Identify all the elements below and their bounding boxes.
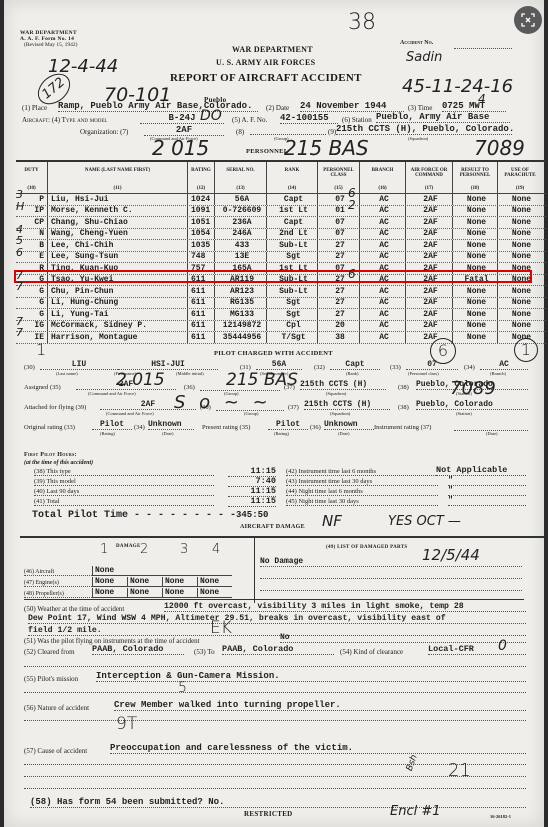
damaged-parts-title: (49) LIST OF DAMAGED PARTS bbox=[326, 545, 407, 550]
squadron-label: (9) bbox=[328, 128, 336, 136]
hand-accident-no: Sadin bbox=[406, 50, 442, 65]
damaged-parts-value: No Damage bbox=[260, 557, 522, 567]
hand-yes-oct: YES OCT — bbox=[388, 514, 461, 529]
damage-cell: None bbox=[162, 588, 197, 598]
title-war-department: WAR DEPARTMENT bbox=[232, 45, 313, 54]
rank-cell: Cpl bbox=[267, 321, 318, 332]
orig-date-num: (34) bbox=[134, 424, 145, 431]
damage-table: (46) AircraftNone(47) Engine(s)NoneNoneN… bbox=[24, 565, 232, 598]
present-date-sub: (Date) bbox=[338, 431, 350, 436]
damage-cell: None bbox=[162, 577, 197, 587]
air-force-cell: 2AF bbox=[406, 229, 453, 240]
serial-cell: 246A bbox=[215, 229, 267, 240]
attached-sub: (Command and Air Force) bbox=[106, 411, 154, 416]
weather-line-1: 12000 ft overcast, visibility 3 miles in… bbox=[164, 602, 526, 612]
hand-assigned-015: 2 015 bbox=[116, 370, 165, 390]
organization-value: 2AF bbox=[144, 125, 224, 136]
assigned-station-num: (38) bbox=[398, 384, 409, 391]
assigned-squadron-sub: (Squadron) bbox=[326, 391, 346, 396]
damage-cell: None bbox=[127, 588, 162, 598]
class-cell: 20 bbox=[318, 321, 360, 332]
table-row: CPChang, Shu-Chiao1051236ACapt07AC2AFNon… bbox=[16, 217, 546, 229]
serial-cell: 13E bbox=[215, 252, 267, 263]
damage-row: (47) Engine(s)NoneNoneNoneNone bbox=[24, 576, 232, 587]
damage-row: (46) AircraftNone bbox=[24, 565, 232, 576]
result-cell: None bbox=[453, 332, 498, 343]
hand-margin-mark: 7 bbox=[16, 326, 23, 339]
damage-cell: None bbox=[92, 588, 127, 598]
rating-cell: 611 bbox=[188, 309, 215, 320]
col-name: Name (Last name first)(11) bbox=[48, 162, 188, 193]
damage-row: (48) Propeller(s)NoneNoneNoneNone bbox=[24, 587, 232, 598]
hand-clearance-0: 0 bbox=[498, 638, 507, 654]
aircraft-damage-title: AIRCRAFT DAMAGE bbox=[240, 524, 305, 530]
class-cell: 07 bbox=[318, 229, 360, 240]
damage-row-label: (47) Engine(s) bbox=[24, 580, 92, 587]
rating-cell: 748 bbox=[188, 252, 215, 263]
station-value: Pueblo, Army Air Base bbox=[376, 112, 510, 123]
table-row: IEHarrison, Montague61135444956T/Sgt38AC… bbox=[16, 332, 546, 344]
hand-page-number: 38 bbox=[348, 10, 376, 35]
time-label: (3) Time bbox=[408, 104, 432, 112]
nature-value: Crew Member walked into turning propelle… bbox=[114, 700, 526, 711]
damage-cell bbox=[197, 575, 232, 576]
hours-label: (41) Total bbox=[34, 498, 214, 506]
hours-right-label: (42) Instrument time last 6 months bbox=[286, 468, 438, 476]
rank-cell: T/Sgt bbox=[267, 332, 318, 343]
accident-no-label: Accident No. bbox=[400, 40, 433, 46]
pilot-branch-num: (34) bbox=[464, 364, 475, 371]
af-no-label: (5) A. F. No. bbox=[232, 116, 267, 124]
title-army-air-forces: U. S. ARMY AIR FORCES bbox=[216, 58, 315, 67]
serial-cell: AR123 bbox=[215, 286, 267, 297]
weather-label: (50) Weather at the time of accident bbox=[24, 605, 124, 613]
name-cell: Li, Yung-Tai bbox=[48, 309, 188, 320]
damage-cell bbox=[127, 575, 162, 576]
air-force-cell: 2AF bbox=[406, 194, 453, 205]
hours-subtitle: (at the time of this accident) bbox=[24, 460, 93, 466]
branch-cell: AC bbox=[360, 206, 406, 217]
parachute-cell: None bbox=[498, 252, 542, 263]
hand-nature-9t: 9T bbox=[116, 714, 137, 734]
hand-aircraft-do: DO bbox=[200, 108, 222, 124]
table-row: ELee, Sung-Tsun74813ESgt27AC2AFNoneNone bbox=[16, 252, 546, 264]
serial-cell: RG135 bbox=[215, 298, 267, 309]
group-label: (8) bbox=[236, 128, 244, 136]
branch-cell: AC bbox=[360, 229, 406, 240]
cleared-to-value: PAAB, Colorado bbox=[222, 644, 334, 655]
footer-code: 16-26182-1 bbox=[490, 814, 511, 819]
rating-cell: 1024 bbox=[188, 194, 215, 205]
rating-cell: 611 bbox=[188, 286, 215, 297]
hand-time-4: 4 bbox=[478, 92, 486, 106]
col-branch: Branch(16) bbox=[360, 162, 406, 193]
aircraft-label: Aircraft: (4) Type and model bbox=[22, 116, 107, 124]
hand-date-2: 12/5/44 bbox=[422, 546, 480, 564]
branch-cell: AC bbox=[360, 309, 406, 320]
parachute-cell: None bbox=[498, 321, 542, 332]
damage-cell: None bbox=[92, 577, 127, 587]
orig-rating-label: Original rating (33) bbox=[24, 424, 75, 431]
result-cell: None bbox=[453, 240, 498, 251]
rank-cell: Sgt bbox=[267, 252, 318, 263]
class-cell: 27 bbox=[318, 252, 360, 263]
orig-date-sub: (Date) bbox=[162, 431, 174, 436]
air-force-cell: 2AF bbox=[406, 252, 453, 263]
hand-pilot-num: 1 bbox=[36, 340, 46, 359]
class-cell: 27 bbox=[318, 240, 360, 251]
squadron-sub: (Squadron) bbox=[408, 136, 428, 141]
result-cell: None bbox=[453, 298, 498, 309]
hand-ek: EK bbox=[210, 618, 232, 638]
assigned-sub: (Command and Air Force) bbox=[88, 391, 136, 396]
attached-station: Pueblo, Colorado bbox=[416, 400, 528, 410]
class-cell: 38 bbox=[318, 332, 360, 343]
damage-subtitle: DAMAGE bbox=[116, 544, 141, 549]
mission-label: (55) Pilot's mission bbox=[24, 675, 78, 683]
pilot-middle-sub: (Middle initial) bbox=[176, 371, 204, 376]
present-rating: Pilot bbox=[268, 420, 308, 430]
hours-title: First Pilot Hours: bbox=[24, 452, 77, 458]
hand-initials: Bsh bbox=[405, 754, 420, 773]
name-cell: Liu, Hsi-Jui bbox=[48, 194, 188, 205]
col-parachute: Use of Parachute(19) bbox=[498, 162, 542, 193]
air-force-cell: 2AF bbox=[406, 217, 453, 228]
serial-cell: 56A bbox=[215, 194, 267, 205]
hand-margin-mark: 6 bbox=[16, 246, 23, 259]
document-page: WAR DEPARTMENT A. A. F. Form No. 14 (Rev… bbox=[4, 0, 544, 827]
assigned-squadron: 215th CCTS (H) bbox=[300, 380, 386, 390]
present-date: Unknown bbox=[324, 420, 374, 430]
serial-cell: 433 bbox=[215, 240, 267, 251]
damage-col-3: 3 bbox=[180, 542, 188, 557]
pilot-serial: 56A bbox=[256, 360, 302, 370]
hours-right-label: (43) Instrument time last 30 days bbox=[286, 478, 438, 486]
attached-squadron-num: (37) bbox=[288, 404, 299, 411]
name-cell: Chang, Shu-Chiao bbox=[48, 217, 188, 228]
hand-squadron-7089: 7089 bbox=[474, 136, 525, 160]
restricted-label: RESTRICTED bbox=[244, 810, 293, 818]
orig-date: Unknown bbox=[148, 420, 194, 430]
form54-question: (58) Has form 54 been submitted? No. bbox=[30, 797, 526, 808]
serial-cell: 0-726609 bbox=[215, 206, 267, 217]
weather-line-2: Dew Point 17, Wind WSW 4 MPH, Altimeter … bbox=[28, 614, 526, 624]
hand-station-7089: 7089 bbox=[450, 378, 496, 399]
blank-line bbox=[24, 720, 526, 721]
branch-cell: AC bbox=[360, 240, 406, 251]
rank-cell: 1st Lt bbox=[267, 206, 318, 217]
highlight-box bbox=[14, 270, 532, 283]
serial-cell: 236A bbox=[215, 217, 267, 228]
date-label: (2) Date bbox=[266, 104, 289, 112]
page-title: REPORT OF AIRCRAFT ACCIDENT bbox=[170, 72, 362, 84]
branch-cell: AC bbox=[360, 286, 406, 297]
fullscreen-exit-icon bbox=[521, 13, 535, 27]
col-result: Result to Personnel(18) bbox=[453, 162, 498, 193]
damage-cell bbox=[162, 575, 197, 576]
pilot-row-num: (30) bbox=[24, 364, 35, 371]
fullscreen-exit-button[interactable] bbox=[514, 6, 542, 34]
cause-label: (57) Cause of accident bbox=[24, 747, 87, 755]
parachute-cell: None bbox=[498, 309, 542, 320]
hours-label: (39) This model bbox=[34, 478, 214, 486]
place-label: (1) Place bbox=[22, 104, 47, 112]
date-value: 24 November 1944 bbox=[300, 101, 404, 112]
form-revised: (Revised May 15, 1942) bbox=[24, 42, 77, 48]
hand-encl: Encl #1 bbox=[390, 804, 441, 819]
squadron-value: 215th CCTS (H), Pueblo, Colorado. bbox=[336, 124, 512, 135]
col-serial: Serial No.(13) bbox=[215, 162, 267, 193]
rank-cell: 2nd Lt bbox=[267, 229, 318, 240]
serial-cell: 12149872 bbox=[215, 321, 267, 332]
hand-margin-mark: H bbox=[16, 200, 24, 213]
result-cell: None bbox=[453, 217, 498, 228]
branch-cell: AC bbox=[360, 252, 406, 263]
pilot-rank: Capt bbox=[330, 360, 380, 370]
cleared-to-label: (53) To bbox=[194, 648, 215, 656]
rating-cell: 611 bbox=[188, 332, 215, 343]
station-label: (6) Station bbox=[342, 116, 372, 124]
name-cell: Harrison, Montague bbox=[48, 332, 188, 343]
branch-cell: AC bbox=[360, 194, 406, 205]
pilot-last-name: LIU bbox=[40, 360, 118, 370]
assigned-group-line bbox=[200, 390, 280, 391]
blank-line bbox=[24, 788, 526, 789]
pilot-first-name: HSI-JUI bbox=[118, 360, 218, 370]
table-row: GLi, Hung-Chung611RG135Sgt27AC2AFNoneNon… bbox=[16, 298, 546, 310]
air-force-cell: 2AF bbox=[406, 298, 453, 309]
damage-col-2: 2 bbox=[140, 542, 148, 557]
serial-cell: MG133 bbox=[215, 309, 267, 320]
assigned-label: Assigned (35) bbox=[24, 384, 61, 391]
damaged-parts-line3 bbox=[260, 590, 522, 591]
damage-row-label: (48) Propeller(s) bbox=[24, 591, 92, 598]
name-cell: McCormack, Sidney P. bbox=[48, 321, 188, 332]
branch-cell: AC bbox=[360, 321, 406, 332]
rating-cell: 1054 bbox=[188, 229, 215, 240]
pilot-section-title: PILOT CHARGED WITH ACCIDENT bbox=[214, 350, 333, 357]
attached-label: Attached for flying (39) bbox=[24, 404, 86, 411]
group-line bbox=[250, 134, 326, 135]
mission-value: Interception & Gun-Camera Mission. bbox=[96, 671, 526, 682]
parachute-cell: None bbox=[498, 217, 542, 228]
instruments-value: No bbox=[280, 633, 526, 643]
table-row: GLi, Yung-Tai611MG133Sgt27AC2AFNoneNone bbox=[16, 309, 546, 321]
result-cell: None bbox=[453, 194, 498, 205]
blank-line bbox=[24, 666, 526, 667]
pilot-class-num: (33) bbox=[390, 364, 401, 371]
rating-cell: 1051 bbox=[188, 217, 215, 228]
table-row: IGMcCormack, Sidney P.61112149872Cpl20AC… bbox=[16, 321, 546, 333]
damage-cell: None bbox=[197, 577, 232, 587]
col-rating: Rating(12) bbox=[188, 162, 215, 193]
pilot-branch: AC bbox=[480, 360, 528, 370]
duty-cell: G bbox=[16, 298, 48, 309]
time-value: 0725 MWT bbox=[442, 101, 506, 112]
table-row: NWang, Cheng-Yuen1054246A2nd Lt07AC2AFNo… bbox=[16, 229, 546, 241]
damage-row-label: (46) Aircraft bbox=[24, 569, 92, 576]
accident-no-line bbox=[454, 48, 512, 49]
branch-cell: AC bbox=[360, 298, 406, 309]
rating-cell: 611 bbox=[188, 321, 215, 332]
present-rating-sub: (Rating) bbox=[274, 431, 289, 436]
hand-attached-scribble: S o ~ ~ bbox=[174, 392, 272, 413]
orig-rating-sub: (Rating) bbox=[100, 431, 115, 436]
hand-file-number: 45-11-24-16 bbox=[402, 76, 513, 97]
instrument-rating-sub: (Date) bbox=[486, 431, 498, 436]
branch-cell: AC bbox=[360, 332, 406, 343]
class-cell: 27 bbox=[318, 286, 360, 297]
class-cell: 27 bbox=[318, 298, 360, 309]
damage-col-4: 4 bbox=[212, 542, 220, 557]
result-cell: None bbox=[453, 309, 498, 320]
pilot-class: 07 bbox=[406, 360, 458, 370]
hand-circled-1: 1 bbox=[514, 338, 538, 362]
hand-damage-nf: NF bbox=[322, 512, 342, 530]
col-rank: Rank(14) bbox=[267, 162, 318, 193]
present-rating-label: Present rating (35) bbox=[202, 424, 250, 431]
rating-cell: 1035 bbox=[188, 240, 215, 251]
damaged-parts-line2 bbox=[260, 578, 522, 579]
rank-cell: Sgt bbox=[267, 298, 318, 309]
table-row: GChu, Pin-Chun611AR123Sub-Lt27AC2AFNoneN… bbox=[16, 286, 546, 298]
hours-right-label: (44) Night time last 6 months bbox=[286, 488, 438, 496]
pilot-class-sub: (Personnel class) bbox=[408, 371, 439, 376]
name-cell: Chu, Pin-Chun bbox=[48, 286, 188, 297]
pilot-rank-sub: (Rank) bbox=[346, 371, 359, 376]
hand-class-mark: 2 bbox=[348, 198, 356, 212]
personnel-table-header: Duty(10) Name (Last name first)(11) Rati… bbox=[16, 162, 546, 194]
result-cell: None bbox=[453, 321, 498, 332]
pilot-last-name-sub: (Last name) bbox=[56, 371, 78, 376]
attached-squadron: 215th CCTS (H) bbox=[304, 400, 390, 410]
air-force-cell: 2AF bbox=[406, 309, 453, 320]
table-row: BLee, Chi-Chih1035433Sub-Lt27AC2AFNoneNo… bbox=[16, 240, 546, 252]
col-air-force: Air Force or Command(17) bbox=[406, 162, 453, 193]
place-value: Ramp, Pueblo Army Air Base,Colorado. bbox=[58, 101, 258, 112]
pilot-branch-sub: (Branch) bbox=[490, 371, 506, 376]
hand-margin-mark: 7 bbox=[16, 280, 23, 293]
rank-cell: Sub-Lt bbox=[267, 286, 318, 297]
hours-right-label: (45) Night time last 30 days bbox=[286, 498, 438, 506]
parachute-cell: None bbox=[498, 286, 542, 297]
parachute-cell: None bbox=[498, 206, 542, 217]
personnel-title: PERSONNEL bbox=[246, 148, 288, 155]
personnel-table: Duty(10) Name (Last name first)(11) Rati… bbox=[16, 160, 546, 344]
clearance-value: Local-CFR bbox=[428, 644, 526, 655]
total-pilot-time-label: Total Pilot Time - - - - - - - - - bbox=[32, 510, 236, 521]
serial-cell: 35444956 bbox=[215, 332, 267, 343]
af-no-value: 42-100155 bbox=[280, 113, 338, 124]
air-force-cell: 2AF bbox=[406, 286, 453, 297]
damage-divider bbox=[20, 536, 544, 538]
assigned-group-num: (36) bbox=[184, 384, 195, 391]
hand-org-015: 2 015 bbox=[152, 136, 209, 160]
table-row: PLiu, Hsi-Jui102456ACapt07AC2AFNoneNone bbox=[16, 194, 546, 206]
cleared-from-label: (52) Cleared from bbox=[24, 648, 75, 656]
result-cell: None bbox=[453, 286, 498, 297]
air-force-cell: 2AF bbox=[406, 240, 453, 251]
name-cell: Lee, Chi-Chih bbox=[48, 240, 188, 251]
result-cell: None bbox=[453, 252, 498, 263]
hours-right-value: " bbox=[448, 495, 526, 506]
attached-squadron-sub: (Squadron) bbox=[330, 411, 350, 416]
weather-divider bbox=[24, 599, 524, 600]
hand-assigned-215bas: 215 BAS bbox=[226, 370, 298, 390]
parachute-cell: None bbox=[498, 298, 542, 309]
parachute-cell: None bbox=[498, 194, 542, 205]
rank-cell: Capt bbox=[267, 217, 318, 228]
orig-rating: Pilot bbox=[92, 420, 132, 430]
cleared-from-value: PAAB, Colorado bbox=[92, 644, 184, 655]
class-cell: 07 bbox=[318, 217, 360, 228]
hours-label: (38) This type bbox=[34, 468, 214, 476]
hand-mission-5: 5 bbox=[178, 680, 187, 696]
hand-num-21: 21 bbox=[448, 760, 471, 781]
class-cell: 27 bbox=[318, 309, 360, 320]
table-row: IPMorse, Kenneth C.10910-7266091st Lt01A… bbox=[16, 206, 546, 218]
organization-label: Organization: (7) bbox=[80, 128, 128, 136]
nature-label: (56) Nature of accident bbox=[24, 704, 89, 712]
rating-cell: 611 bbox=[188, 298, 215, 309]
damage-cell: None bbox=[127, 577, 162, 587]
damage-cell: None bbox=[92, 566, 127, 576]
rating-cell: 1091 bbox=[188, 206, 215, 217]
blank-line bbox=[24, 692, 526, 693]
rank-cell: Capt bbox=[267, 194, 318, 205]
attached-station-sub: (Station) bbox=[456, 411, 472, 416]
damage-cell: None bbox=[197, 588, 232, 598]
name-cell: Morse, Kenneth C. bbox=[48, 206, 188, 217]
name-cell: Lee, Sung-Tsun bbox=[48, 252, 188, 263]
damage-vertical-divider bbox=[254, 537, 255, 603]
name-cell: Wang, Cheng-Yuen bbox=[48, 229, 188, 240]
branch-cell: AC bbox=[360, 217, 406, 228]
parachute-cell: None bbox=[498, 240, 542, 251]
cause-value: Preoccupation and carelessness of the vi… bbox=[110, 743, 526, 754]
instrument-rating-label: Instrument rating (37) bbox=[374, 424, 431, 431]
rank-cell: Sub-Lt bbox=[267, 240, 318, 251]
clearance-label: (54) Kind of clearance bbox=[340, 648, 403, 656]
rank-cell: Sgt bbox=[267, 309, 318, 320]
parachute-cell: None bbox=[498, 229, 542, 240]
result-cell: None bbox=[453, 206, 498, 217]
attached-station-num: (38) bbox=[398, 404, 409, 411]
damage-col-1: 1 bbox=[100, 542, 108, 557]
present-date-num: (36) bbox=[310, 424, 321, 431]
result-cell: None bbox=[453, 229, 498, 240]
hand-personnel-215bas: 215 BAS bbox=[284, 136, 369, 160]
hand-class-mark: 6 bbox=[348, 267, 356, 281]
air-force-cell: 2AF bbox=[406, 206, 453, 217]
total-pilot-time-value: 345:50 bbox=[236, 510, 268, 520]
air-force-cell: 2AF bbox=[406, 321, 453, 332]
pilot-rank-num: (32) bbox=[314, 364, 325, 371]
hours-label: (40) Last 90 days bbox=[34, 488, 214, 496]
hours-value: 11:15 bbox=[228, 496, 276, 507]
name-cell: Li, Hung-Chung bbox=[48, 298, 188, 309]
